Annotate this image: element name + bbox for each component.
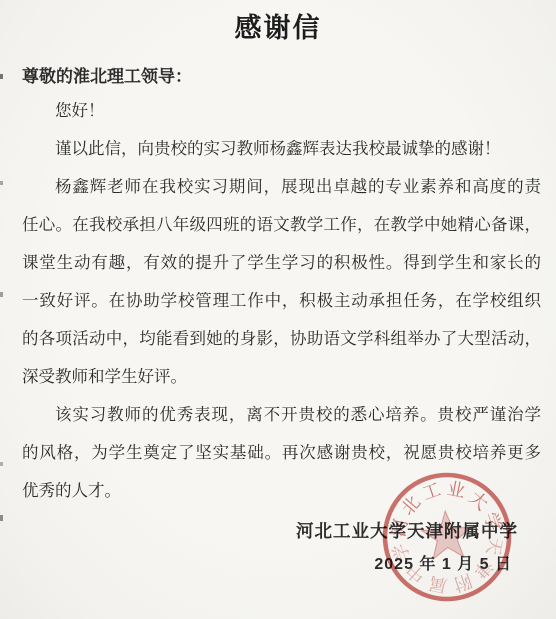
scan-artifact: [0, 181, 3, 185]
body-line: 的各项活动中，均能看到她的身影，协助语文学科组举办了大型活动，: [22, 320, 541, 358]
signature: 河北工业大学天津附属中学: [22, 516, 541, 546]
salutation: 尊敬的淮北理工领导：: [22, 62, 541, 92]
body-line: 该实习教师的优秀表现，离不开贵校的悉心培养。贵校严谨治学: [22, 396, 541, 434]
scan-artifact: [0, 292, 3, 297]
body-line: 的风格，为学生奠定了坚实基础。再次感谢贵校，祝愿贵校培养更多: [22, 434, 541, 472]
letter-page: 感谢信 尊敬的淮北理工领导： 您好！ 谨以此信，向贵校的实习教师杨鑫辉表达我校最…: [0, 0, 556, 619]
letter-content: 尊敬的淮北理工领导： 您好！ 谨以此信，向贵校的实习教师杨鑫辉表达我校最诚挚的感…: [0, 62, 556, 580]
letter-title: 感谢信: [0, 0, 556, 46]
letter-body: 谨以此信，向贵校的实习教师杨鑫辉表达我校最诚挚的感谢！杨鑫辉老师在我校实习期间，…: [22, 130, 541, 510]
greeting: 您好！: [22, 92, 541, 130]
scan-artifact: [0, 462, 3, 466]
body-line: 深受教师和学生好评。: [22, 358, 541, 396]
scan-artifact: [0, 515, 3, 521]
body-line: 课堂生动有趣，有效的提升了学生学习的积极性。得到学生和家长的: [22, 244, 541, 282]
body-line: 杨鑫辉老师在我校实习期间，展现出卓越的专业素养和高度的责: [22, 168, 541, 206]
scan-artifact: [0, 74, 3, 79]
body-line: 任心。在我校承担八年级四班的语文教学工作，在教学中她精心备课，: [22, 206, 541, 244]
letter-date: 2025 年 1 月 5 日: [22, 550, 541, 580]
body-line: 谨以此信，向贵校的实习教师杨鑫辉表达我校最诚挚的感谢！: [22, 130, 541, 168]
body-line: 优秀的人才。: [22, 472, 541, 510]
body-line: 一致好评。在协助学校管理工作中，积极主动承担任务，在学校组织: [22, 282, 541, 320]
